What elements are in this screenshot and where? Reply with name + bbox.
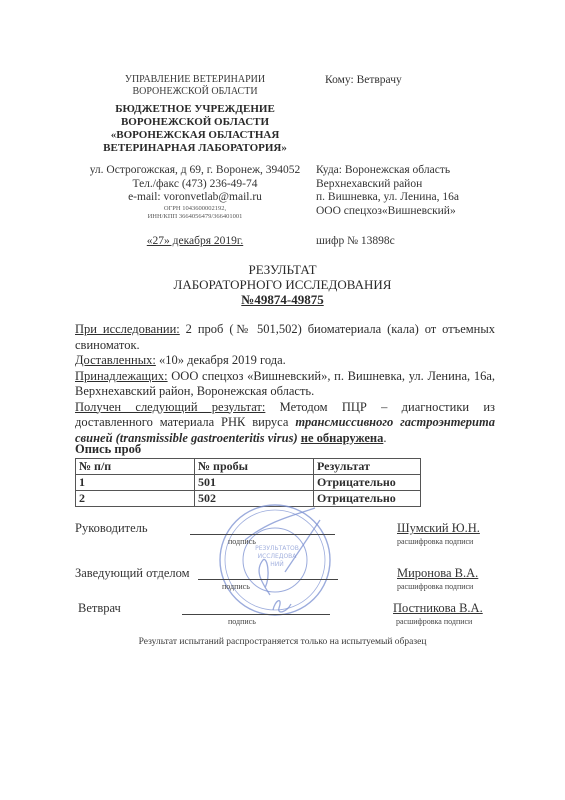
name-caption-3: расшифровка подписи [396, 617, 472, 626]
result-paragraph: Получен следующий результат: Методом ПЦР… [75, 400, 495, 447]
org-line-2: ВОРОНЕЖСКОЙ ОБЛАСТИ [80, 116, 310, 129]
sender-ogrn: ОГРН 1043600002192, [70, 205, 320, 213]
authority-line-2: ВОРОНЕЖСКОЙ ОБЛАСТИ [90, 86, 300, 98]
samples-caption: Опись проб [75, 442, 141, 457]
header-cell: Результат [314, 459, 421, 475]
name-caption-1: расшифровка подписи [397, 537, 473, 546]
result-body: При исследовании: 2 проб (№ 501,502) био… [75, 322, 495, 446]
owner-paragraph: Принадлежащих: ООО спецхоз «Вишневский»,… [75, 369, 495, 400]
delivered-label: Доставленных: [75, 353, 156, 367]
stamp-text-2: ИССЛЕДОВА [258, 553, 298, 560]
stamp-text-3: НИЙ [270, 561, 284, 568]
study-paragraph: При исследовании: 2 проб (№ 501,502) био… [75, 322, 495, 353]
organization-stamp: РЕЗУЛЬТАТОВ ИССЛЕДОВА НИЙ [215, 500, 335, 620]
signature-role-3: Ветврач [78, 601, 121, 616]
org-line-3: «ВОРОНЕЖСКАЯ ОБЛАСТНАЯ [80, 129, 310, 142]
destination-line-1: Куда: Воронежская область [316, 164, 459, 178]
document-date: «27» декабря 2019г. [70, 235, 320, 249]
signatory-name-2: Миронова В.А. [397, 566, 478, 581]
table-cell: Отрицательно [314, 475, 421, 491]
title-line-2: ЛАБОРАТОРНОГО ИССЛЕДОВАНИЯ [0, 277, 565, 292]
sender-inn-kpp: ИНН/КПП 3664056479/366401001 [70, 213, 320, 221]
result-label: Получен следующий результат: [75, 400, 265, 414]
signature-role-1: Руководитель [75, 521, 148, 536]
title-line-1: РЕЗУЛЬТАТ [0, 262, 565, 277]
organization-block: БЮДЖЕТНОЕ УЧРЕЖДЕНИЕ ВОРОНЕЖСКОЙ ОБЛАСТИ… [80, 103, 310, 155]
signature-caption-2: подпись [222, 582, 250, 591]
authority-line-1: УПРАВЛЕНИЕ ВЕТЕРИНАРИИ [90, 74, 300, 86]
sender-phone: Тел./факс (473) 236-49-74 [70, 178, 320, 192]
recipient: Кому: Ветврачу [325, 74, 402, 88]
delivered-text: «10» декабря 2019 года. [156, 353, 286, 367]
sender-address: ул. Острогожская, д 69, г. Воронеж, 3940… [70, 164, 320, 178]
org-line-1: БЮДЖЕТНОЕ УЧРЕЖДЕНИЕ [80, 103, 310, 116]
org-line-4: ВЕТЕРИНАРНАЯ ЛАБОРАТОРИЯ» [80, 142, 310, 155]
signature-caption-3: подпись [228, 617, 256, 626]
result-conclusion: не обнаружена [301, 431, 384, 445]
destination-line-4: ООО спецхоз«Вишневский» [316, 205, 459, 219]
delivered-paragraph: Доставленных: «10» декабря 2019 года. [75, 353, 495, 369]
signature-line-2 [198, 579, 338, 580]
signatory-name-1: Шумский Ю.Н. [397, 521, 480, 536]
header-cell: № пробы [195, 459, 314, 475]
footer-note: Результат испытаний распространяется тол… [0, 637, 565, 647]
stamp-text-1: РЕЗУЛЬТАТОВ [255, 545, 299, 552]
study-label: При исследовании: [75, 322, 180, 336]
authority-block: УПРАВЛЕНИЕ ВЕТЕРИНАРИИ ВОРОНЕЖСКОЙ ОБЛАС… [90, 74, 300, 98]
signature-caption-1: подпись [228, 537, 256, 546]
table-row: 1 501 Отрицательно [76, 475, 421, 491]
signature-line-3 [182, 614, 330, 615]
conclusion-period: . [383, 431, 386, 445]
table-header-row: № п/п № пробы Результат [76, 459, 421, 475]
destination-block: Куда: Воронежская область Верхнехавский … [316, 164, 459, 218]
name-caption-2: расшифровка подписи [397, 582, 473, 591]
signatory-name-3: Постникова В.А. [393, 601, 483, 616]
signature-role-2: Заведующий отделом [75, 566, 190, 581]
destination-line-3: п. Вишневка, ул. Ленина, 16а [316, 191, 459, 205]
cipher-number: шифр № 13898с [316, 235, 395, 249]
table-cell: 1 [76, 475, 195, 491]
header-cell: № п/п [76, 459, 195, 475]
document-title: РЕЗУЛЬТАТ ЛАБОРАТОРНОГО ИССЛЕДОВАНИЯ №49… [0, 262, 565, 307]
table-cell: 2 [76, 491, 195, 507]
research-number: №49874-49875 [0, 292, 565, 307]
sender-email: e-mail: voronvetlab@mail.ru [70, 191, 320, 205]
owner-label: Принадлежащих: [75, 369, 168, 383]
destination-line-2: Верхнехавский район [316, 178, 459, 192]
table-cell: 501 [195, 475, 314, 491]
signature-line-1 [190, 534, 335, 535]
sender-block: ул. Острогожская, д 69, г. Воронеж, 3940… [70, 164, 320, 221]
